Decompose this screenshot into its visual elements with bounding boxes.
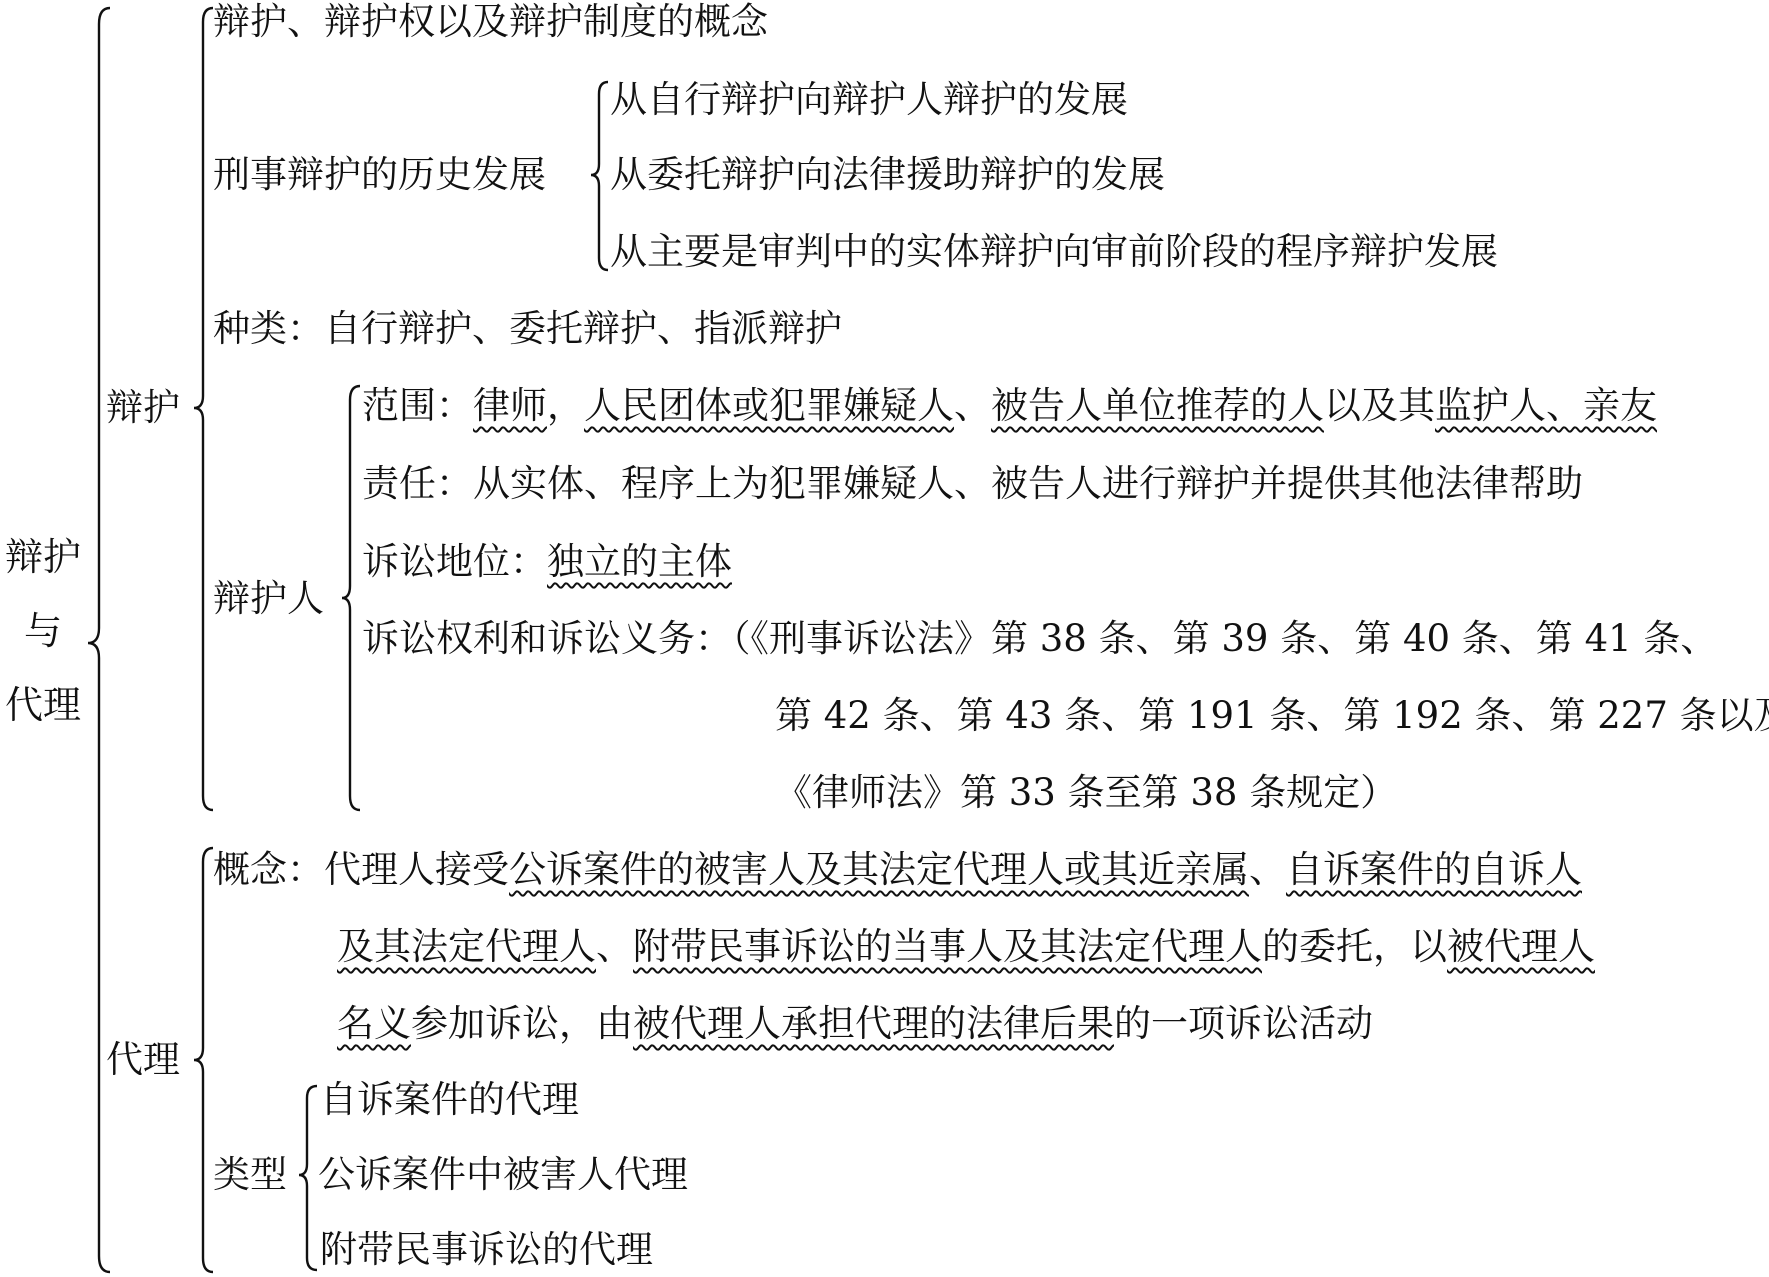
concept-legal-consequence: 被代理人承担代理的法律后果	[633, 1002, 1114, 1045]
scope-prefix: 范围：	[362, 384, 473, 427]
defense-types-text: 自行辩护、委托辩护、指派辩护	[324, 307, 842, 350]
defender-duty: 责任：从实体、程序上为犯罪嫌疑人、被告人进行辩护并提供其他法律帮助	[362, 462, 1583, 506]
defense-concept: 辩护、辩护权以及辩护制度的概念	[213, 0, 768, 44]
scope-guardian-relatives: 监护人、亲友	[1435, 384, 1657, 427]
agency-concept-line2: 及其法定代理人、附带民事诉讼的当事人及其法定代理人的委托，以被代理人	[337, 925, 1595, 969]
agency-type-1: 自诉案件的代理	[320, 1078, 579, 1122]
concept-text: 代理人接受	[324, 848, 509, 891]
brace-history	[591, 82, 608, 270]
concept-principal: 被代理人	[1447, 925, 1595, 968]
agency-type-2: 公诉案件中被害人代理	[318, 1153, 688, 1197]
history-item-2: 从委托辩护向法律援助辩护的发展	[610, 153, 1165, 197]
concept-text: 的一项诉讼活动	[1114, 1002, 1373, 1045]
scope-connector: 以及其	[1324, 384, 1435, 427]
brace-defender	[342, 386, 360, 810]
rights-line1: （《刑事诉讼法》第 38 条、第 39 条、第 40 条、第 41 条、	[732, 617, 1717, 660]
history-item-3: 从主要是审判中的实体辩护向审前阶段的程序辩护发展	[610, 230, 1498, 274]
brace-defense	[194, 8, 213, 810]
scope-org-recommended: 人民团体或犯罪嫌疑人	[584, 384, 954, 427]
concept-text: 、	[596, 925, 633, 968]
scope-unit-recommended: 被告人单位推荐的人	[991, 384, 1324, 427]
root-label-line1: 辩护	[0, 535, 86, 579]
agency-concept-line1: 概念：代理人接受公诉案件的被害人及其法定代理人或其近亲属、自诉案件的自诉人	[213, 848, 1582, 892]
defender-status: 诉讼地位：独立的主体	[362, 540, 732, 584]
agency-types-label: 类型	[213, 1153, 287, 1197]
scope-sep: 、	[954, 384, 991, 427]
concept-text: 、	[1249, 848, 1286, 891]
concept-text: 的委托，以	[1262, 925, 1447, 968]
defender-scope: 范围：律师，人民团体或犯罪嫌疑人、被告人单位推荐的人以及其监护人、亲友	[362, 384, 1657, 428]
root-label-line3: 代理	[0, 683, 86, 727]
status-text: 独立的主体	[547, 540, 732, 583]
scope-sep: ，	[547, 384, 584, 427]
duty-prefix: 责任：	[362, 462, 473, 505]
history-item-1: 从自行辩护向辩护人辩护的发展	[610, 78, 1128, 122]
scope-lawyer: 律师	[473, 384, 547, 427]
defense-types-prefix: 种类：	[213, 307, 324, 350]
concept-civil-party: 附带民事诉讼的当事人及其法定代理人	[633, 925, 1262, 968]
rights-line3: 《律师法》第 33 条至第 38 条规定）	[775, 771, 1397, 815]
defense-label: 辩护	[106, 386, 180, 430]
defense-types: 种类：自行辩护、委托辩护、指派辩护	[213, 307, 842, 351]
concept-name: 名义	[337, 1002, 411, 1045]
rights-line2: 第 42 条、第 43 条、第 191 条、第 192 条、第 227 条以及	[775, 694, 1769, 738]
brace-agency	[194, 848, 213, 1272]
defender-label: 辩护人	[213, 577, 324, 621]
history-label: 刑事辩护的历史发展	[213, 153, 546, 197]
agency-label: 代理	[106, 1038, 180, 1082]
rights-prefix: 诉讼权利和诉讼义务：	[362, 617, 732, 660]
root-label-line2: 与	[0, 609, 86, 653]
concept-text: 参加诉讼，由	[411, 1002, 633, 1045]
root-label: 辩护 与 代理	[0, 535, 86, 727]
concept-legal-representative: 及其法定代理人	[337, 925, 596, 968]
agency-concept-line3: 名义参加诉讼，由被代理人承担代理的法律后果的一项诉讼活动	[337, 1002, 1373, 1046]
agency-type-3: 附带民事诉讼的代理	[320, 1228, 653, 1272]
status-prefix: 诉讼地位：	[362, 540, 547, 583]
brace-root	[88, 8, 110, 1272]
concept-prefix: 概念：	[213, 848, 324, 891]
defender-rights: 诉讼权利和诉讼义务：（《刑事诉讼法》第 38 条、第 39 条、第 40 条、第…	[362, 617, 1717, 661]
concept-public-prosecution-victim: 公诉案件的被害人及其法定代理人或其近亲属	[509, 848, 1249, 891]
duty-text: 从实体、程序上为犯罪嫌疑人、被告人进行辩护并提供其他法律帮助	[473, 462, 1583, 505]
brace-agency-types	[299, 1086, 317, 1270]
concept-private-prosecutor: 自诉案件的自诉人	[1286, 848, 1582, 891]
